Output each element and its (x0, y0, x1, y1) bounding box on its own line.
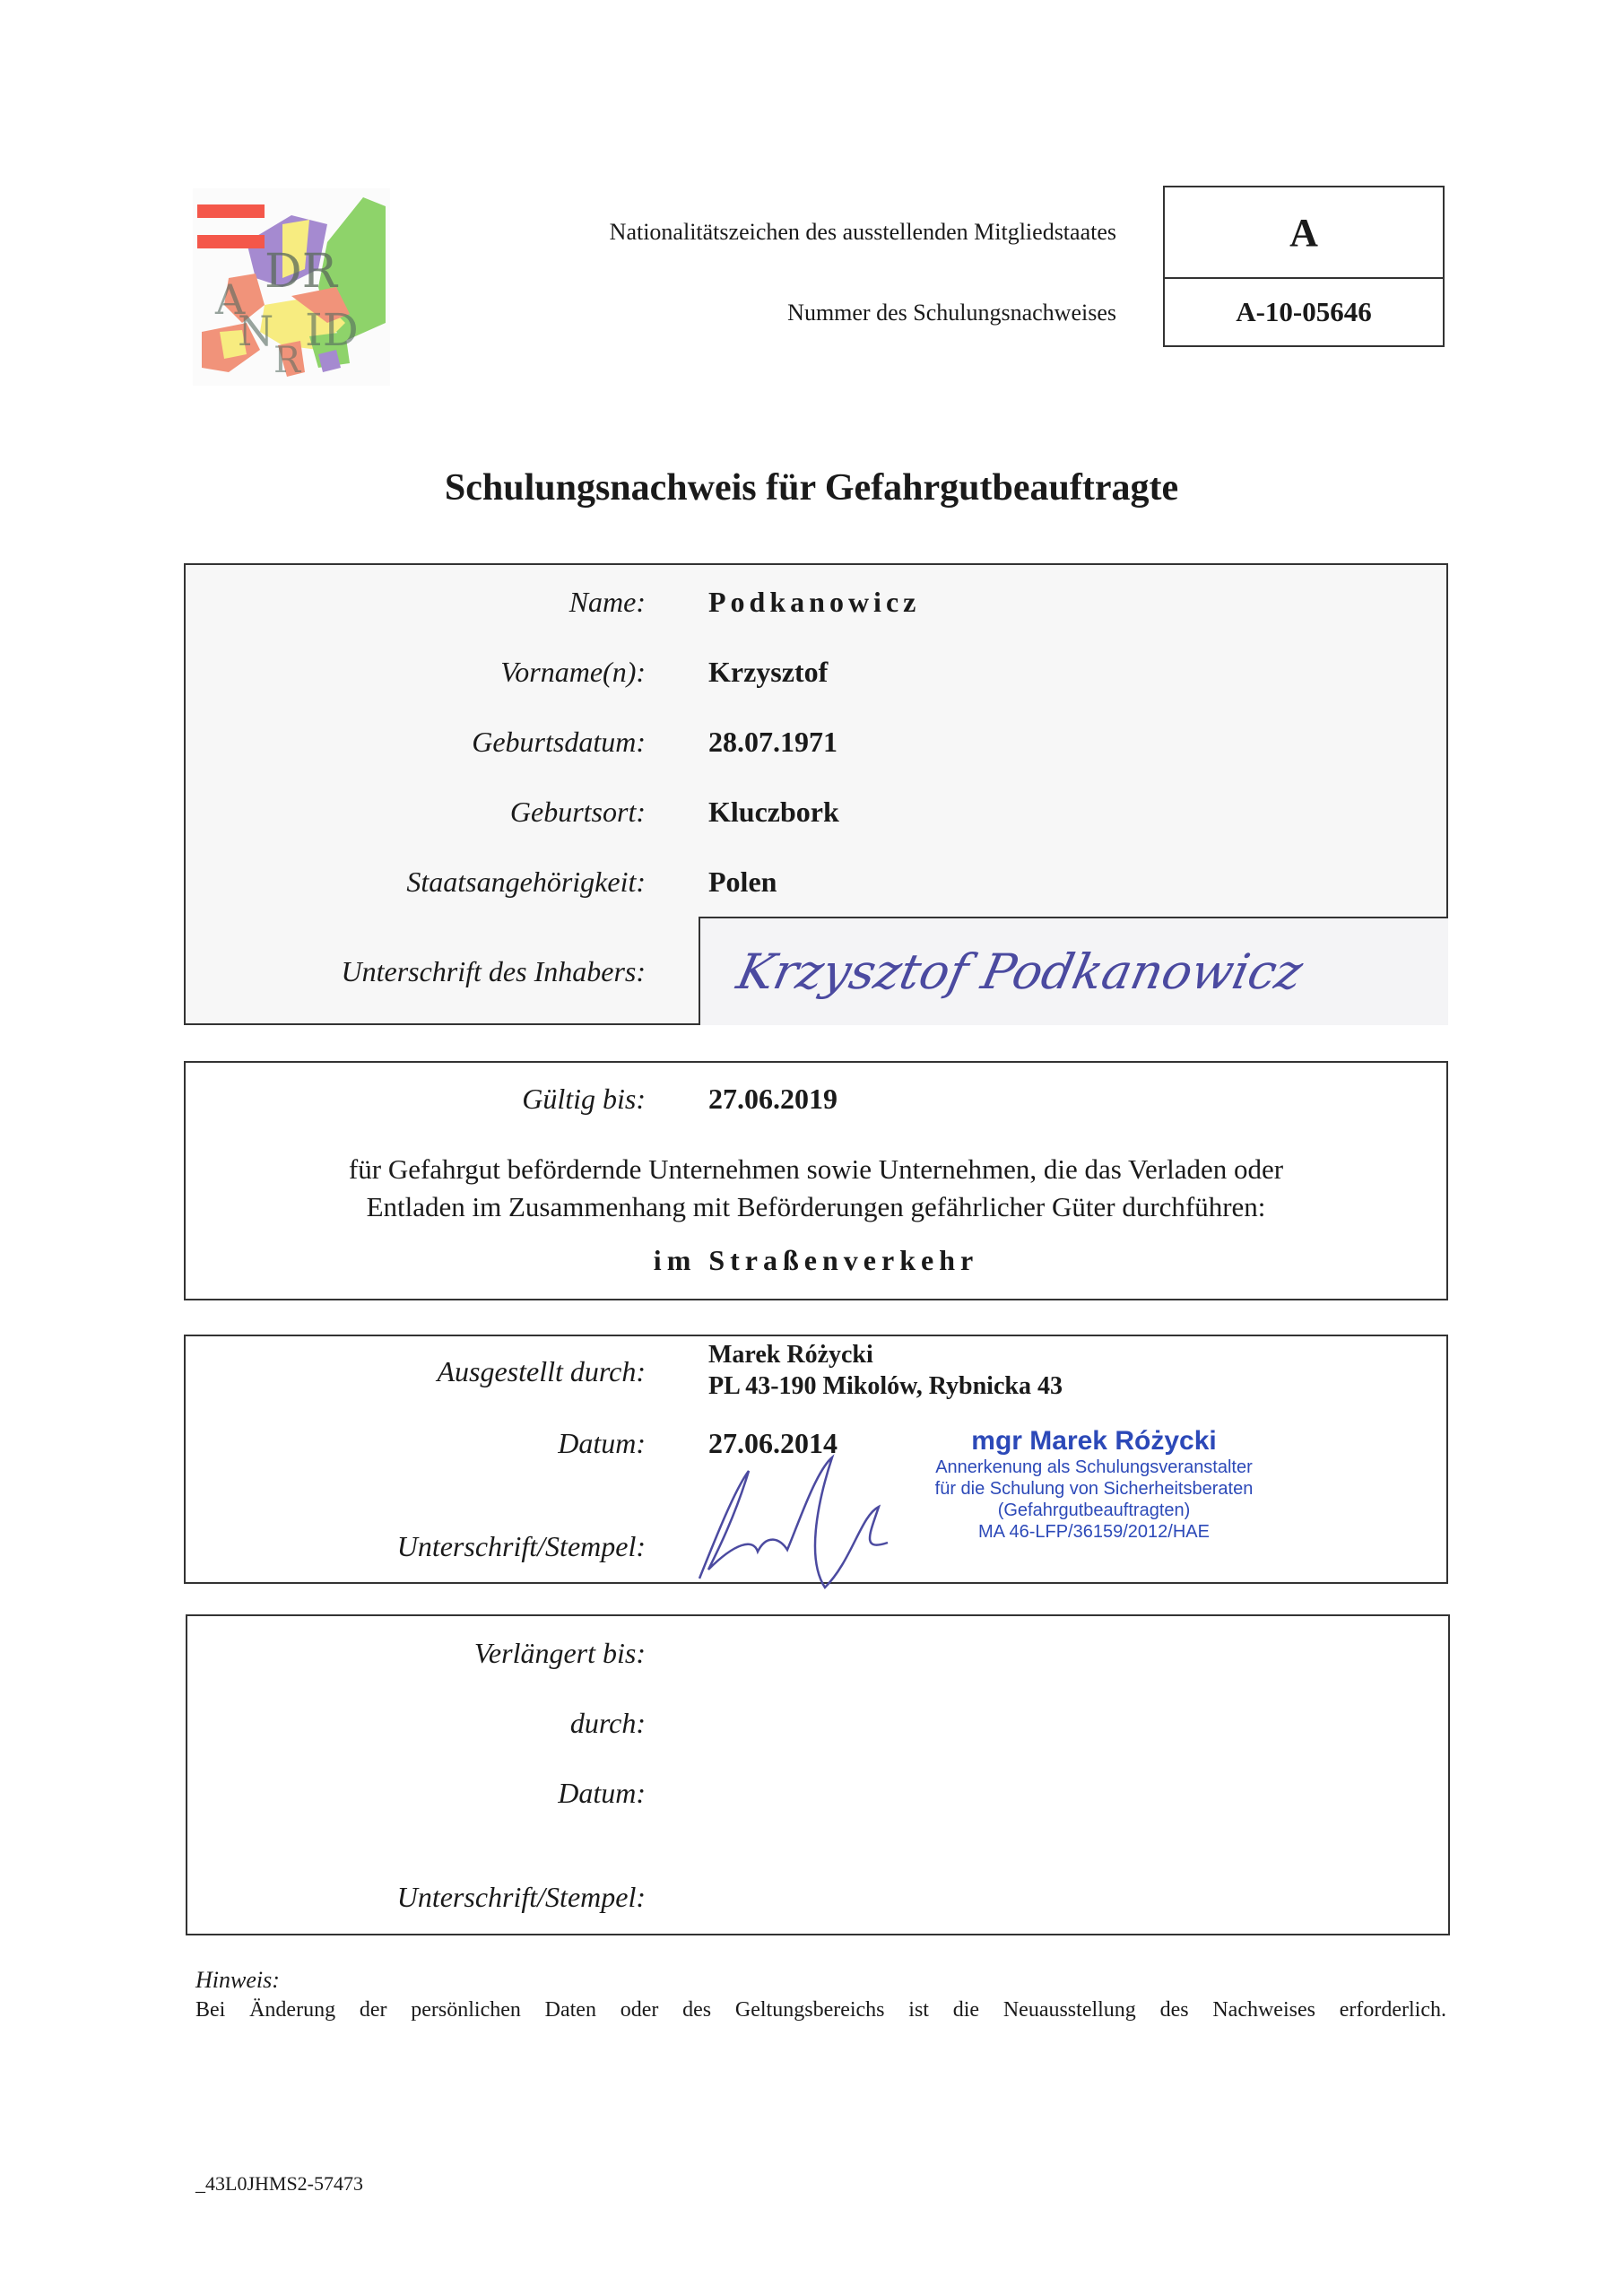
first-name-value: Krzysztof (708, 656, 828, 689)
nationality-field-label: Staatsangehörigkeit: (179, 865, 646, 899)
issuer-stamp: mgr Marek Różycki Annerkenung als Schulu… (906, 1426, 1282, 1543)
issuer-address: PL 43-190 Mikolów, Rybnicka 43 (708, 1372, 1063, 1401)
extended-by-label: durch: (179, 1707, 646, 1740)
svg-text:R: R (273, 340, 302, 381)
name-label: Name: (179, 586, 646, 619)
header-code-box: A A-10-05646 (1163, 186, 1445, 347)
note-text: Bei Änderung der persönlichen Daten oder… (195, 1998, 1446, 2022)
document-code: _43L0JHMS2-57473 (195, 2172, 363, 2196)
birth-date-label: Geburtsdatum: (179, 726, 646, 759)
holder-signature-field: Krzysztof Podkanowicz (699, 917, 1448, 1025)
birth-place-label: Geburtsort: (179, 796, 646, 829)
stamp-name: mgr Marek Różycki (906, 1426, 1282, 1457)
svg-text:Krzysztof Podkanowicz: Krzysztof Podkanowicz (732, 944, 1309, 1000)
europe-map-icon: DR A N ID R (193, 188, 390, 386)
issuer-signature-label: Unterschrift/Stempel: (179, 1530, 646, 1563)
birth-date-value: 28.07.1971 (708, 726, 838, 759)
valid-until-value: 27.06.2019 (708, 1083, 838, 1116)
valid-until-label: Gültig bis: (179, 1083, 646, 1116)
extension-signature-label: Unterschrift/Stempel: (179, 1881, 646, 1914)
certificate-number-label: Nummer des Schulungsnachweises (489, 300, 1116, 326)
nationality-label: Nationalitätszeichen des ausstellenden M… (489, 219, 1116, 246)
name-value: Podkanowicz (708, 586, 920, 619)
scope-text-line2: Entladen im Zusammenhang mit Beförderung… (184, 1188, 1448, 1226)
scope-text-line1: für Gefahrgut befördernde Unternehmen so… (184, 1151, 1448, 1188)
transport-mode: im Straßenverkehr (184, 1244, 1448, 1277)
holder-signature-label: Unterschrift des Inhabers: (179, 955, 646, 988)
extended-until-label: Verlängert bis: (179, 1637, 646, 1670)
stamp-line4: MA 46-LFP/36159/2012/HAE (906, 1521, 1282, 1543)
certificate-number: A-10-05646 (1165, 277, 1443, 347)
issue-date-label: Datum: (179, 1427, 646, 1460)
extension-date-label: Datum: (179, 1777, 646, 1810)
nationality-code: A (1165, 187, 1443, 279)
adr-rid-logo: DR A N ID R (193, 188, 390, 386)
birth-place-value: Kluczbork (708, 796, 839, 829)
stamp-line3: (Gefahrgutbeauftragten) (906, 1500, 1282, 1521)
svg-text:ID: ID (305, 304, 359, 356)
note-title: Hinweis: (195, 1967, 280, 1994)
stamp-line1: Annerkenung als Schulungsveranstalter (906, 1457, 1282, 1478)
stamp-line2: für die Schulung von Sicherheitsberaten (906, 1478, 1282, 1500)
svg-text:N: N (238, 307, 273, 355)
document-title: Schulungsnachweis für Gefahrgutbeauftrag… (0, 466, 1623, 509)
svg-text:DR: DR (265, 245, 339, 299)
handwritten-signature-icon: Krzysztof Podkanowicz (700, 918, 1446, 1025)
nationality-field-value: Polen (708, 865, 777, 899)
issuer-name: Marek Różycki (708, 1341, 873, 1370)
issued-by-label: Ausgestellt durch: (179, 1355, 646, 1388)
first-name-label: Vorname(n): (179, 656, 646, 689)
